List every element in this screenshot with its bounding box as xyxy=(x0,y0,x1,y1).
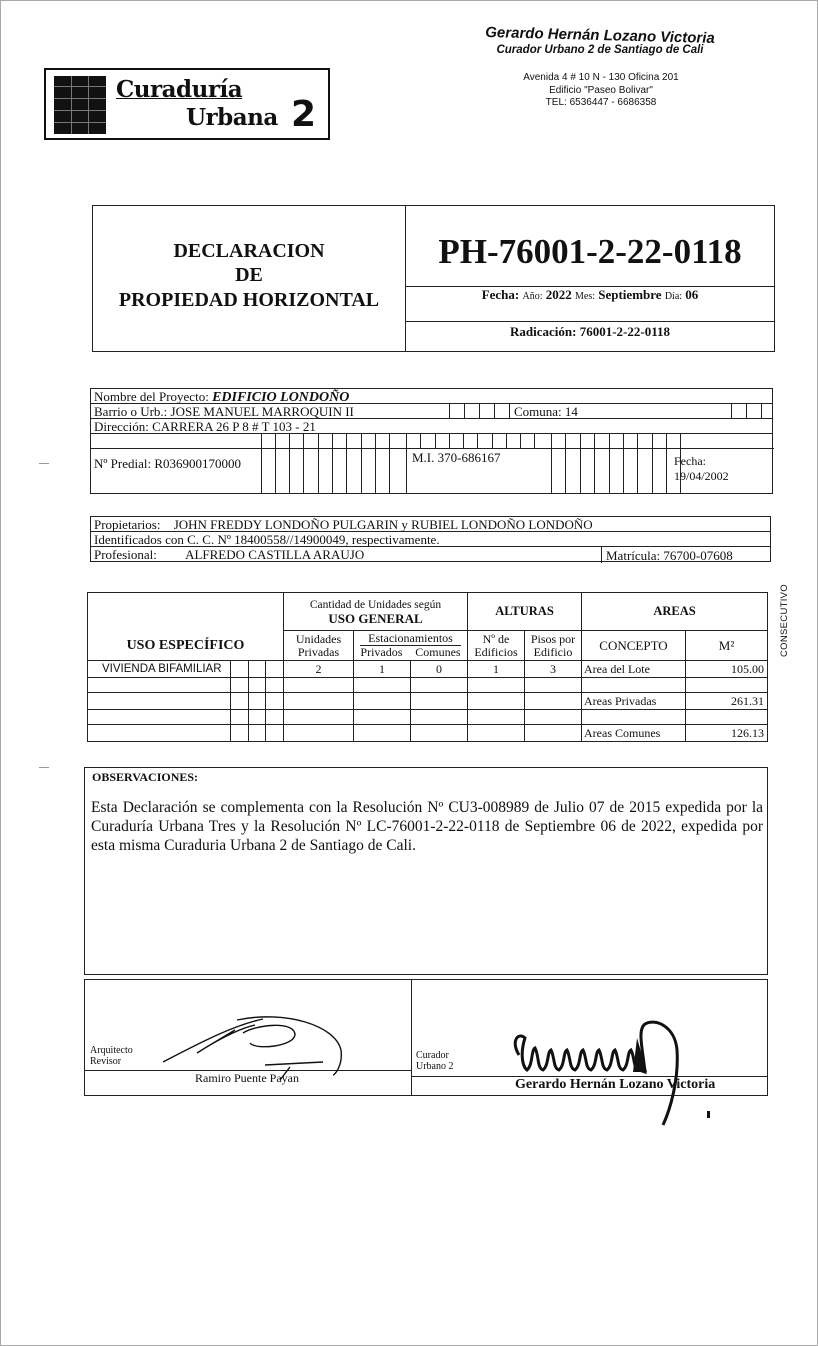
document-page: Gerardo Hernán Lozano Victoria Curador U… xyxy=(0,0,818,1346)
revisor-label: Revisor xyxy=(90,1056,133,1067)
matricula-inmobiliaria: M.I. 370-686167 xyxy=(406,448,500,493)
propietarios-row: Propietarios: JOHN FREDDY LONDOÑO PULGAR… xyxy=(90,516,771,531)
title-line-3: PROPIEDAD HORIZONTAL xyxy=(93,289,405,312)
propietarios-label: Propietarios: xyxy=(94,517,160,532)
logo-number: 2 xyxy=(291,94,316,135)
table-cell-pisos xyxy=(525,725,582,742)
table-cell-edificios xyxy=(468,693,525,710)
barrio-label: Barrio o Urb.: xyxy=(94,404,167,419)
cantidad-label: Cantidad de Unidades según xyxy=(284,599,467,612)
table-cell-c3 xyxy=(266,725,284,742)
table-cell-estcomunes xyxy=(411,693,468,710)
table-cell-uso xyxy=(88,710,231,725)
curaduria-logo: Curaduría Urbana 2 xyxy=(44,68,330,140)
table-cell-edificios xyxy=(468,678,525,693)
table-cell-c2 xyxy=(249,710,266,725)
table-cell-m2: 261.31 xyxy=(686,693,768,710)
punch-mark xyxy=(39,463,49,464)
address-line-2: Edificio "Paseo Bolivar" xyxy=(481,85,721,98)
table-cell-c3 xyxy=(266,678,284,693)
barrio-cells xyxy=(449,404,509,418)
document-code: PH-76001-2-22-0118 xyxy=(406,206,774,287)
table-cell-c1 xyxy=(231,693,249,710)
n-edificios-line1: Nº de xyxy=(468,633,524,646)
table-cell-estcomunes xyxy=(411,710,468,725)
predial-date: Fecha: 19/04/2002 xyxy=(671,448,774,484)
title-block: DECLARACION DE PROPIEDAD HORIZONTAL PH-7… xyxy=(92,205,775,352)
comuna-cells xyxy=(731,404,775,418)
table-cell-m2: 126.13 xyxy=(686,725,768,742)
table-cell-c1 xyxy=(231,678,249,693)
predial-number: Nº Predial: R036900170000 xyxy=(94,456,241,471)
table-cell-estprivados xyxy=(354,678,411,693)
table-cell-m2: 105.00 xyxy=(686,661,768,678)
signature-block: Arquitecto Revisor Ramiro Puente Payan C… xyxy=(84,979,768,1096)
issue-date: Fecha: Año: 2022 Mes: Septiembre Día: 06 xyxy=(406,287,774,322)
unidades-privadas-line2: Privadas xyxy=(284,646,353,659)
table-cell-pisos xyxy=(525,710,582,725)
table-cell-c3 xyxy=(266,661,284,678)
arquitecto-label: Arquitecto xyxy=(90,1045,133,1056)
table-cell-c2 xyxy=(249,693,266,710)
estacionamientos-label: Estacionamientos xyxy=(360,632,461,646)
table-row: Areas Comunes126.13 xyxy=(88,725,768,742)
predial-row: Nº Predial: R036900170000 M.I. 370-68616… xyxy=(90,433,773,494)
table-cell-pisos: 3 xyxy=(525,661,582,678)
table-cell-c1 xyxy=(231,725,249,742)
logo-text-line1: Curaduría xyxy=(116,76,242,103)
observaciones-label: OBSERVACIONES: xyxy=(92,770,198,785)
table-cell-c3 xyxy=(266,693,284,710)
predial-date-value: 19/04/2002 xyxy=(674,469,774,484)
barrio-value: JOSE MANUEL MARROQUIN II xyxy=(171,404,354,419)
table-cell-unidades xyxy=(284,710,354,725)
profesional-row: Profesional: ALFREDO CASTILLA ARAUJO Mat… xyxy=(90,546,771,562)
table-cell-c1 xyxy=(231,661,249,678)
mes-value: Septiembre xyxy=(598,287,661,302)
table-cell-uso xyxy=(88,678,231,693)
table-cell-c1 xyxy=(231,710,249,725)
table-cell-estcomunes xyxy=(411,725,468,742)
identificacion-row: Identificados con C. C. Nº 18400558//149… xyxy=(90,531,771,546)
curator-signature-icon xyxy=(505,1020,705,1130)
table-cell-concepto xyxy=(582,678,686,693)
table-row xyxy=(88,678,768,693)
table-cell-c2 xyxy=(249,661,266,678)
propietarios-value: JOHN FREDDY LONDOÑO PULGARIN y RUBIEL LO… xyxy=(174,517,593,532)
table-cell-c3 xyxy=(266,710,284,725)
table-cell-pisos xyxy=(525,678,582,693)
phone: TEL: 6536447 - 6686358 xyxy=(481,97,721,110)
table-cell-unidades xyxy=(284,678,354,693)
identificacion-value: Identificados con C. C. Nº 18400558//149… xyxy=(94,532,440,547)
radicacion: Radicación: 76001-2-22-0118 xyxy=(406,322,774,351)
areas-header: AREAS xyxy=(582,593,768,631)
barrio-row: Barrio o Urb.: JOSE MANUEL MARROQUIN II … xyxy=(90,403,773,418)
unidades-privadas-header: Unidades Privadas xyxy=(284,631,354,661)
table-cell-estcomunes xyxy=(411,678,468,693)
arquitecto-role: Arquitecto Revisor xyxy=(90,1045,133,1067)
anio-value: 2022 xyxy=(546,287,572,302)
matricula: Matrícula: 76700-07608 xyxy=(601,547,733,563)
anio-label: Año: xyxy=(523,291,543,302)
uso-especifico-header: USO ESPECÍFICO xyxy=(88,631,284,661)
privados-label: Privados xyxy=(360,646,402,659)
dia-label: Día: xyxy=(665,291,682,302)
m2-header: M² xyxy=(686,631,768,661)
curador-label: Curador xyxy=(416,1050,454,1061)
direccion-row: Dirección: CARRERA 26 P 8 # T 103 - 21 xyxy=(90,418,773,433)
table-cell-estprivados xyxy=(354,710,411,725)
table-cell-unidades xyxy=(284,693,354,710)
uso-table: Cantidad de Unidades según USO GENERAL A… xyxy=(87,592,768,742)
table-cell-edificios: 1 xyxy=(468,661,525,678)
comuna: Comuna: 14 xyxy=(509,404,578,419)
table-cell-pisos xyxy=(525,693,582,710)
pisos-header: Pisos por Edificio xyxy=(525,631,582,661)
direccion-label: Dirección: xyxy=(94,419,149,434)
reviewer-signature-icon xyxy=(145,1005,385,1080)
unidades-privadas-line1: Unidades xyxy=(284,633,353,646)
document-title: DECLARACION DE PROPIEDAD HORIZONTAL xyxy=(93,206,406,351)
table-cell-m2 xyxy=(686,710,768,725)
building-grid-icon xyxy=(54,76,106,134)
project-info: Nombre del Proyecto: EDIFICIO LONDOÑO Ba… xyxy=(90,388,773,494)
table-cell-uso xyxy=(88,725,231,742)
predial-date-label: Fecha: xyxy=(674,454,774,469)
address-line-1: Avenida 4 # 10 N - 130 Oficina 201 xyxy=(481,72,721,85)
observaciones-box: OBSERVACIONES: Esta Declaración se compl… xyxy=(84,767,768,975)
table-cell-estprivados xyxy=(354,725,411,742)
estacionamientos-header: Estacionamientos Privados Comunes xyxy=(354,631,468,661)
mes-label: Mes: xyxy=(575,291,595,302)
table-cell-unidades: 2 xyxy=(284,661,354,678)
table-cell-unidades xyxy=(284,725,354,742)
uso-general-header: Cantidad de Unidades según USO GENERAL xyxy=(284,593,468,631)
table-cell-estprivados: 1 xyxy=(354,661,411,678)
concepto-header: CONCEPTO xyxy=(582,631,686,661)
table-cell-edificios xyxy=(468,710,525,725)
table-cell-edificios xyxy=(468,725,525,742)
table-cell-c2 xyxy=(249,678,266,693)
n-edificios-line2: Edificios xyxy=(468,646,524,659)
table-row xyxy=(88,710,768,725)
title-line-1: DECLARACION xyxy=(93,240,405,263)
punch-mark xyxy=(39,767,49,768)
table-row: Areas Privadas261.31 xyxy=(88,693,768,710)
mi-top-cells xyxy=(406,434,548,448)
curator-title: Curador Urbano 2 de Santiago de Cali xyxy=(475,44,725,56)
table-cell-uso xyxy=(88,693,231,710)
direccion-value: CARRERA 26 P 8 # T 103 - 21 xyxy=(152,419,316,434)
profesional-value: ALFREDO CASTILLA ARAUJO xyxy=(185,547,364,562)
pisos-line1: Pisos por xyxy=(525,633,581,646)
predial-cells xyxy=(261,434,403,493)
table-cell-uso: VIVIENDA BIFAMILIAR xyxy=(88,661,231,678)
table-cell-estcomunes: 0 xyxy=(411,661,468,678)
fecha-label: Fecha: xyxy=(482,287,520,302)
table-cell-c2 xyxy=(249,725,266,742)
urbano-label: Urbano 2 xyxy=(416,1061,454,1072)
pisos-line2: Edificio xyxy=(525,646,581,659)
table-row: VIVIENDA BIFAMILIAR21013Area del Lote105… xyxy=(88,661,768,678)
alturas-header: ALTURAS xyxy=(468,593,582,631)
table-cell-m2 xyxy=(686,678,768,693)
profesional-label: Profesional: xyxy=(94,547,157,562)
table-cell-concepto: Areas Privadas xyxy=(582,693,686,710)
observaciones-text: Esta Declaración se complementa con la R… xyxy=(91,798,763,855)
table-cell-estprivados xyxy=(354,693,411,710)
n-edificios-header: Nº de Edificios xyxy=(468,631,525,661)
logo-text-line2: Urbana xyxy=(186,104,278,131)
table-cell-concepto: Areas Comunes xyxy=(582,725,686,742)
comunes-label: Comunes xyxy=(415,646,460,659)
dia-value: 06 xyxy=(685,287,698,302)
project-name-row: Nombre del Proyecto: EDIFICIO LONDOÑO xyxy=(90,388,773,403)
office-address: Avenida 4 # 10 N - 130 Oficina 201 Edifi… xyxy=(481,72,721,110)
ink-mark xyxy=(707,1111,710,1118)
table-cell-concepto xyxy=(582,710,686,725)
uso-general-label: USO GENERAL xyxy=(284,612,467,625)
curador-role: Curador Urbano 2 xyxy=(416,1050,454,1072)
mi-cells xyxy=(551,434,681,493)
project-name-label: Nombre del Proyecto: xyxy=(94,389,209,404)
title-line-2: DE xyxy=(93,264,405,287)
consecutivo-label: CONSECUTIVO xyxy=(779,584,790,657)
table-cell-concepto: Area del Lote xyxy=(582,661,686,678)
